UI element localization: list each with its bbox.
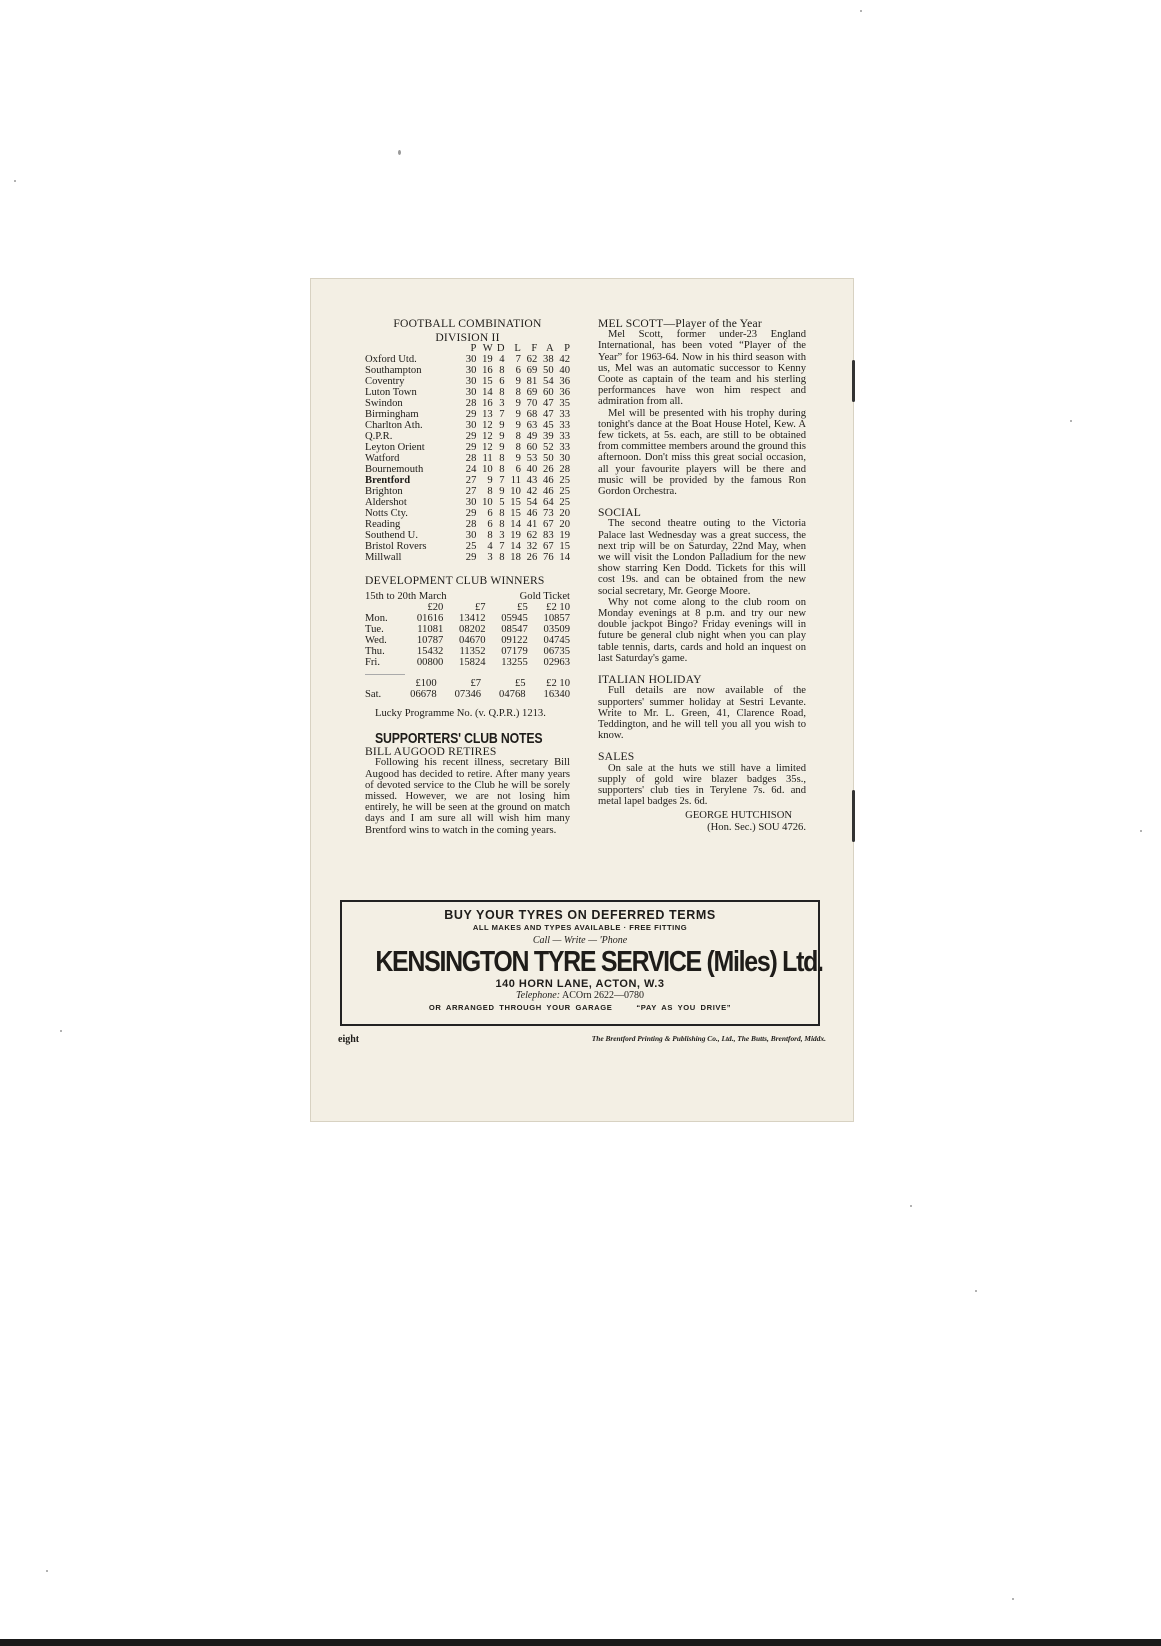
stat-cell: 8	[493, 508, 505, 519]
team-name: Southend U.	[365, 530, 460, 541]
stat-cell: 35	[554, 398, 570, 409]
stat-cell: 6	[505, 365, 521, 376]
italian-holiday-text: Full details are now available of the su…	[598, 685, 806, 741]
stat-cell: 36	[554, 376, 570, 387]
stat-cell: 8	[493, 464, 505, 475]
stat-cell: 33	[554, 409, 570, 420]
winning-number: 11081	[401, 624, 443, 635]
winning-number: 15432	[401, 646, 443, 657]
stat-cell: 30	[460, 365, 476, 376]
dev-club-subheader: 15th to 20th March Gold Ticket	[365, 591, 570, 602]
lucky-programme: Lucky Programme No. (v. Q.P.R.) 1213.	[365, 708, 570, 719]
stat-cell: 41	[521, 519, 537, 530]
stat-cell: 29	[460, 442, 476, 453]
dev-club-period: 15th to 20th March	[365, 591, 447, 602]
sales-heading: SALES	[598, 751, 806, 762]
league-row: Bournemouth241086402628	[365, 464, 570, 475]
stat-cell: 33	[554, 420, 570, 431]
stat-cell: 8	[505, 442, 521, 453]
advert-telephone: ACOrn 2622—0780	[562, 990, 644, 1001]
stat-cell: 3	[493, 530, 505, 541]
winning-number: 06735	[528, 646, 570, 657]
league-row: Southend U.308319628319	[365, 530, 570, 541]
league-row: Birmingham291379684733	[365, 409, 570, 420]
stat-cell: 76	[537, 552, 553, 563]
advert-footer-line: OR ARRANGED THROUGH YOUR GARAGE“PAY AS Y…	[342, 1003, 818, 1012]
stat-cell: 15	[476, 376, 492, 387]
signature-name: GEORGE HUTCHISON	[598, 810, 806, 821]
stat-cell: 7	[493, 475, 505, 486]
prize-header: £20	[401, 602, 443, 613]
stat-cell: 12	[476, 420, 492, 431]
winner-row: Thu.15432113520717906735	[365, 646, 570, 657]
stat-cell: 8	[493, 387, 505, 398]
stat-cell: 3	[493, 398, 505, 409]
league-row: Q.P.R.291298493933	[365, 431, 570, 442]
stat-cell: 6	[493, 376, 505, 387]
stat-cell: 42	[521, 486, 537, 497]
column-header: W	[476, 343, 492, 354]
league-row: Watford281189535030	[365, 453, 570, 464]
team-name: Watford	[365, 453, 460, 464]
league-row: Swindon281639704735	[365, 398, 570, 409]
social-paragraph-2: Why not come along to the club room on M…	[598, 597, 806, 664]
column-header: D	[493, 343, 505, 354]
stat-cell: 26	[537, 464, 553, 475]
stat-cell: 50	[537, 453, 553, 464]
stat-cell: 68	[521, 409, 537, 420]
stat-cell: 63	[521, 420, 537, 431]
social-paragraph-1: The second theatre outing to the Victori…	[598, 518, 806, 596]
winning-number: 01616	[401, 613, 443, 624]
stat-cell: 9	[493, 420, 505, 431]
winning-number: 04745	[528, 635, 570, 646]
stat-cell: 9	[505, 420, 521, 431]
stat-cell: 25	[554, 475, 570, 486]
stat-cell: 15	[505, 508, 521, 519]
team-name: Reading	[365, 519, 460, 530]
winning-number: 04768	[481, 689, 525, 700]
dev-club-weekday-table: £20£7£5£2 10Mon.01616134120594510857Tue.…	[365, 602, 570, 668]
prize-header: £2 10	[528, 602, 570, 613]
stat-cell: 26	[521, 552, 537, 563]
stat-cell: 8	[493, 365, 505, 376]
stat-cell: 25	[554, 497, 570, 508]
league-row: Millwall293818267614	[365, 552, 570, 563]
page-edge-mark	[852, 790, 855, 842]
stat-cell: 47	[537, 409, 553, 420]
prize-header-row: £20£7£5£2 10	[365, 602, 570, 613]
prize-header: £2 10	[526, 678, 570, 689]
winning-number: 15824	[443, 657, 485, 668]
scan-speck	[14, 180, 16, 182]
stat-cell: 45	[537, 420, 553, 431]
column-header: F	[521, 343, 537, 354]
stat-cell: 8	[476, 486, 492, 497]
stat-cell: 69	[521, 387, 537, 398]
scan-bottom-edge	[0, 1639, 1161, 1646]
stat-cell: 69	[521, 365, 537, 376]
stat-cell: 54	[521, 497, 537, 508]
stat-cell: 11	[476, 453, 492, 464]
advert-slogan: “PAY AS YOU DRIVE”	[636, 1003, 731, 1012]
winning-number: 08202	[443, 624, 485, 635]
stat-cell: 39	[537, 431, 553, 442]
team-name: Millwall	[365, 552, 460, 563]
league-table: PWDLFAP Oxford Utd.301947623842Southampt…	[365, 343, 570, 563]
stat-cell: 70	[521, 398, 537, 409]
stat-cell: 14	[476, 387, 492, 398]
stat-cell: 19	[476, 354, 492, 365]
stat-cell: 5	[493, 497, 505, 508]
stat-cell: 28	[460, 398, 476, 409]
advert-subline: ALL MAKES AND TYPES AVAILABLE · FREE FIT…	[342, 923, 818, 932]
stat-cell: 29	[460, 409, 476, 420]
team-name: Southampton	[365, 365, 460, 376]
prize-header: £5	[486, 602, 528, 613]
stat-cell: 60	[537, 387, 553, 398]
league-row: Brighton278910424625	[365, 486, 570, 497]
stat-cell: 19	[505, 530, 521, 541]
stat-cell: 10	[476, 497, 492, 508]
advert-company-name: KENSINGTON TYRE SERVICE (Miles) Ltd.	[375, 947, 784, 977]
dev-club-saturday-body: £100£7£5£2 10Sat.06678073460476816340	[365, 678, 570, 700]
stat-cell: 15	[505, 497, 521, 508]
league-table-body: Oxford Utd.301947623842Southampton301686…	[365, 354, 570, 563]
winner-row: Mon.01616134120594510857	[365, 613, 570, 624]
winning-number: 10787	[401, 635, 443, 646]
league-title: FOOTBALL COMBINATION	[365, 318, 570, 329]
right-column: MEL SCOTT—Player of the Year Mel Scott, …	[598, 318, 806, 833]
stat-cell: 3	[476, 552, 492, 563]
team-name: Brentford	[365, 475, 460, 486]
team-name: Coventry	[365, 376, 460, 387]
sales-text: On sale at the huts we still have a limi…	[598, 763, 806, 808]
stat-cell: 30	[460, 387, 476, 398]
stat-cell: 25	[460, 541, 476, 552]
stat-cell: 10	[505, 486, 521, 497]
stat-cell: 9	[476, 475, 492, 486]
team-name: Swindon	[365, 398, 460, 409]
scan-speck	[860, 10, 862, 12]
stat-cell: 36	[554, 387, 570, 398]
stat-cell: 42	[554, 354, 570, 365]
stat-cell: 27	[460, 486, 476, 497]
stat-cell: 73	[537, 508, 553, 519]
stat-cell: 6	[476, 519, 492, 530]
team-name: Brighton	[365, 486, 460, 497]
supporters-club-title: SUPPORTERS' CLUB NOTES	[375, 733, 535, 744]
stat-cell: 8	[493, 552, 505, 563]
stat-cell: 33	[554, 442, 570, 453]
league-row: Bristol Rovers254714326715	[365, 541, 570, 552]
winning-number: 10857	[528, 613, 570, 624]
prize-header: £7	[437, 678, 481, 689]
dev-club-title: DEVELOPMENT CLUB WINNERS	[365, 575, 570, 586]
stat-cell: 15	[554, 541, 570, 552]
stat-cell: 6	[476, 508, 492, 519]
winning-number: 05945	[486, 613, 528, 624]
scan-speck	[398, 150, 401, 155]
winner-row: Sat.06678073460476816340	[365, 689, 570, 700]
printer-credit: The Brentford Printing & Publishing Co.,…	[592, 1034, 826, 1043]
league-subtitle: DIVISION II	[365, 332, 570, 343]
stat-cell: 4	[493, 354, 505, 365]
stat-cell: 30	[460, 530, 476, 541]
signature: GEORGE HUTCHISON (Hon. Sec.) SOU 4726.	[598, 810, 806, 832]
stat-cell: 46	[537, 475, 553, 486]
page-edge-mark	[852, 360, 855, 402]
team-name: Notts Cty.	[365, 508, 460, 519]
stat-cell: 9	[493, 442, 505, 453]
stat-cell: 24	[460, 464, 476, 475]
stat-cell: 9	[505, 398, 521, 409]
stat-cell: 12	[476, 442, 492, 453]
dev-club-weekday-body: £20£7£5£2 10Mon.01616134120594510857Tue.…	[365, 602, 570, 668]
stat-cell: 32	[521, 541, 537, 552]
day-label: Sat.	[365, 689, 392, 700]
winning-number: 07179	[486, 646, 528, 657]
stat-cell: 13	[476, 409, 492, 420]
winning-number: 07346	[437, 689, 481, 700]
divider	[365, 674, 405, 675]
italian-holiday-heading: ITALIAN HOLIDAY	[598, 674, 806, 685]
winner-row: Tue.11081082020854703509	[365, 624, 570, 635]
stat-cell: 8	[493, 453, 505, 464]
stat-cell: 47	[537, 398, 553, 409]
stat-cell: 19	[554, 530, 570, 541]
social-heading: SOCIAL	[598, 507, 806, 518]
stat-cell: 6	[505, 464, 521, 475]
league-row: Aldershot3010515546425	[365, 497, 570, 508]
stat-cell: 7	[505, 354, 521, 365]
stat-cell: 8	[493, 519, 505, 530]
stat-cell: 12	[476, 431, 492, 442]
stat-cell: 38	[537, 354, 553, 365]
stat-cell: 14	[505, 519, 521, 530]
stat-cell: 7	[493, 409, 505, 420]
winning-number: 00800	[401, 657, 443, 668]
league-row: Reading286814416720	[365, 519, 570, 530]
stat-cell: 25	[554, 486, 570, 497]
stat-cell: 9	[505, 453, 521, 464]
day-label: Tue.	[365, 624, 401, 635]
stat-cell: 53	[521, 453, 537, 464]
stat-cell: 46	[537, 486, 553, 497]
day-label: Wed.	[365, 635, 401, 646]
bill-augood-text: Following his recent illness, secretary …	[365, 757, 570, 835]
stat-cell: 50	[537, 365, 553, 376]
scan-speck	[910, 1205, 912, 1207]
stat-cell: 14	[554, 552, 570, 563]
prize-header: £100	[392, 678, 436, 689]
day-label: Mon.	[365, 613, 401, 624]
stat-cell: 40	[521, 464, 537, 475]
scan-speck	[1070, 420, 1072, 422]
stat-cell: 10	[476, 464, 492, 475]
stat-cell: 29	[460, 508, 476, 519]
stat-cell: 30	[460, 354, 476, 365]
stat-cell: 16	[476, 398, 492, 409]
stat-cell: 8	[505, 431, 521, 442]
column-header: P	[460, 343, 476, 354]
stat-cell: 11	[505, 475, 521, 486]
team-name: Bournemouth	[365, 464, 460, 475]
stat-cell: 7	[493, 541, 505, 552]
stat-cell: 43	[521, 475, 537, 486]
stat-cell: 83	[537, 530, 553, 541]
prize-header-row: £100£7£5£2 10	[365, 678, 570, 689]
scan-speck	[46, 1570, 48, 1572]
column-header: L	[505, 343, 521, 354]
stat-cell: 4	[476, 541, 492, 552]
scan-speck	[60, 1030, 62, 1032]
stat-cell: 64	[537, 497, 553, 508]
mel-scott-paragraph-2: Mel will be presented with his trophy du…	[598, 408, 806, 498]
stat-cell: 8	[476, 530, 492, 541]
stat-cell: 14	[505, 541, 521, 552]
stat-cell: 9	[505, 376, 521, 387]
page-number: eight	[338, 1034, 359, 1045]
signature-detail: (Hon. Sec.) SOU 4726.	[598, 822, 806, 833]
winner-row: Fri.00800158241325502963	[365, 657, 570, 668]
stat-cell: 30	[460, 420, 476, 431]
stat-cell: 8	[505, 387, 521, 398]
stat-cell: 67	[537, 541, 553, 552]
advert-garage-text: OR ARRANGED THROUGH YOUR GARAGE	[429, 1003, 613, 1012]
winning-number: 06678	[392, 689, 436, 700]
stat-cell: 28	[554, 464, 570, 475]
day-label: Thu.	[365, 646, 401, 657]
stat-cell: 30	[554, 453, 570, 464]
stat-cell: 54	[537, 376, 553, 387]
advert-telephone-label: Telephone:	[516, 990, 560, 1001]
stat-cell: 20	[554, 508, 570, 519]
team-name: Q.P.R.	[365, 431, 460, 442]
team-name: Bristol Rovers	[365, 541, 460, 552]
gold-ticket-label: Gold Ticket	[520, 591, 570, 602]
winning-number: 04670	[443, 635, 485, 646]
winning-number: 11352	[443, 646, 485, 657]
column-header-team	[365, 343, 460, 354]
stat-cell: 9	[493, 431, 505, 442]
team-name: Birmingham	[365, 409, 460, 420]
league-row: Notts Cty.296815467320	[365, 508, 570, 519]
winning-number: 09122	[486, 635, 528, 646]
stat-cell: 46	[521, 508, 537, 519]
stat-cell: 9	[505, 409, 521, 420]
day-label: Fri.	[365, 657, 401, 668]
stat-cell: 28	[460, 453, 476, 464]
stat-cell: 16	[476, 365, 492, 376]
stat-cell: 60	[521, 442, 537, 453]
league-row: Brentford279711434625	[365, 475, 570, 486]
league-table-header: PWDLFAP	[365, 343, 570, 354]
tyre-advert: BUY YOUR TYRES ON DEFERRED TERMS ALL MAK…	[340, 900, 820, 1026]
stat-cell: 27	[460, 475, 476, 486]
league-row: Charlton Ath.301299634533	[365, 420, 570, 431]
league-row: Leyton Orient291298605233	[365, 442, 570, 453]
stat-cell: 40	[554, 365, 570, 376]
league-row: Luton Town301488696036	[365, 387, 570, 398]
advert-address: 140 HORN LANE, ACTON, W.3	[342, 978, 818, 990]
scan-speck	[975, 1290, 977, 1292]
winning-number: 08547	[486, 624, 528, 635]
winner-row: Wed.10787046700912204745	[365, 635, 570, 646]
stat-cell: 62	[521, 354, 537, 365]
team-name: Oxford Utd.	[365, 354, 460, 365]
stat-cell: 20	[554, 519, 570, 530]
programme-page: FOOTBALL COMBINATION DIVISION II PWDLFAP…	[310, 278, 854, 1122]
bill-augood-heading: BILL AUGOOD RETIRES	[365, 746, 570, 757]
stat-cell: 49	[521, 431, 537, 442]
stat-cell: 18	[505, 552, 521, 563]
stat-cell: 9	[493, 486, 505, 497]
stat-cell: 33	[554, 431, 570, 442]
league-row: Southampton301686695040	[365, 365, 570, 376]
league-row: Oxford Utd.301947623842	[365, 354, 570, 365]
winning-number: 03509	[528, 624, 570, 635]
stat-cell: 28	[460, 519, 476, 530]
team-name: Leyton Orient	[365, 442, 460, 453]
mel-scott-paragraph-1: Mel Scott, former under-23 England Inter…	[598, 329, 806, 407]
mel-scott-heading: MEL SCOTT—Player of the Year	[598, 318, 806, 329]
team-name: Aldershot	[365, 497, 460, 508]
winning-number: 13255	[486, 657, 528, 668]
winning-number: 13412	[443, 613, 485, 624]
left-column: FOOTBALL COMBINATION DIVISION II PWDLFAP…	[365, 318, 570, 836]
prize-header: £7	[443, 602, 485, 613]
dev-club-saturday-table: £100£7£5£2 10Sat.06678073460476816340	[365, 678, 570, 700]
prize-header: £5	[481, 678, 525, 689]
advert-telephone-line: Telephone: ACOrn 2622—0780	[342, 990, 818, 1001]
stat-cell: 29	[460, 431, 476, 442]
advert-contact-methods: Call — Write — 'Phone	[342, 935, 818, 946]
team-name: Luton Town	[365, 387, 460, 398]
column-header: P	[554, 343, 570, 354]
stat-cell: 67	[537, 519, 553, 530]
stat-cell: 81	[521, 376, 537, 387]
winning-number: 02963	[528, 657, 570, 668]
column-header: A	[537, 343, 553, 354]
winning-number: 16340	[526, 689, 570, 700]
stat-cell: 30	[460, 497, 476, 508]
league-row: Coventry301569815436	[365, 376, 570, 387]
scan-speck	[1140, 830, 1142, 832]
stat-cell: 29	[460, 552, 476, 563]
scan-speck	[1012, 1598, 1014, 1600]
stat-cell: 62	[521, 530, 537, 541]
stat-cell: 52	[537, 442, 553, 453]
stat-cell: 30	[460, 376, 476, 387]
team-name: Charlton Ath.	[365, 420, 460, 431]
advert-headline: BUY YOUR TYRES ON DEFERRED TERMS	[342, 908, 818, 922]
